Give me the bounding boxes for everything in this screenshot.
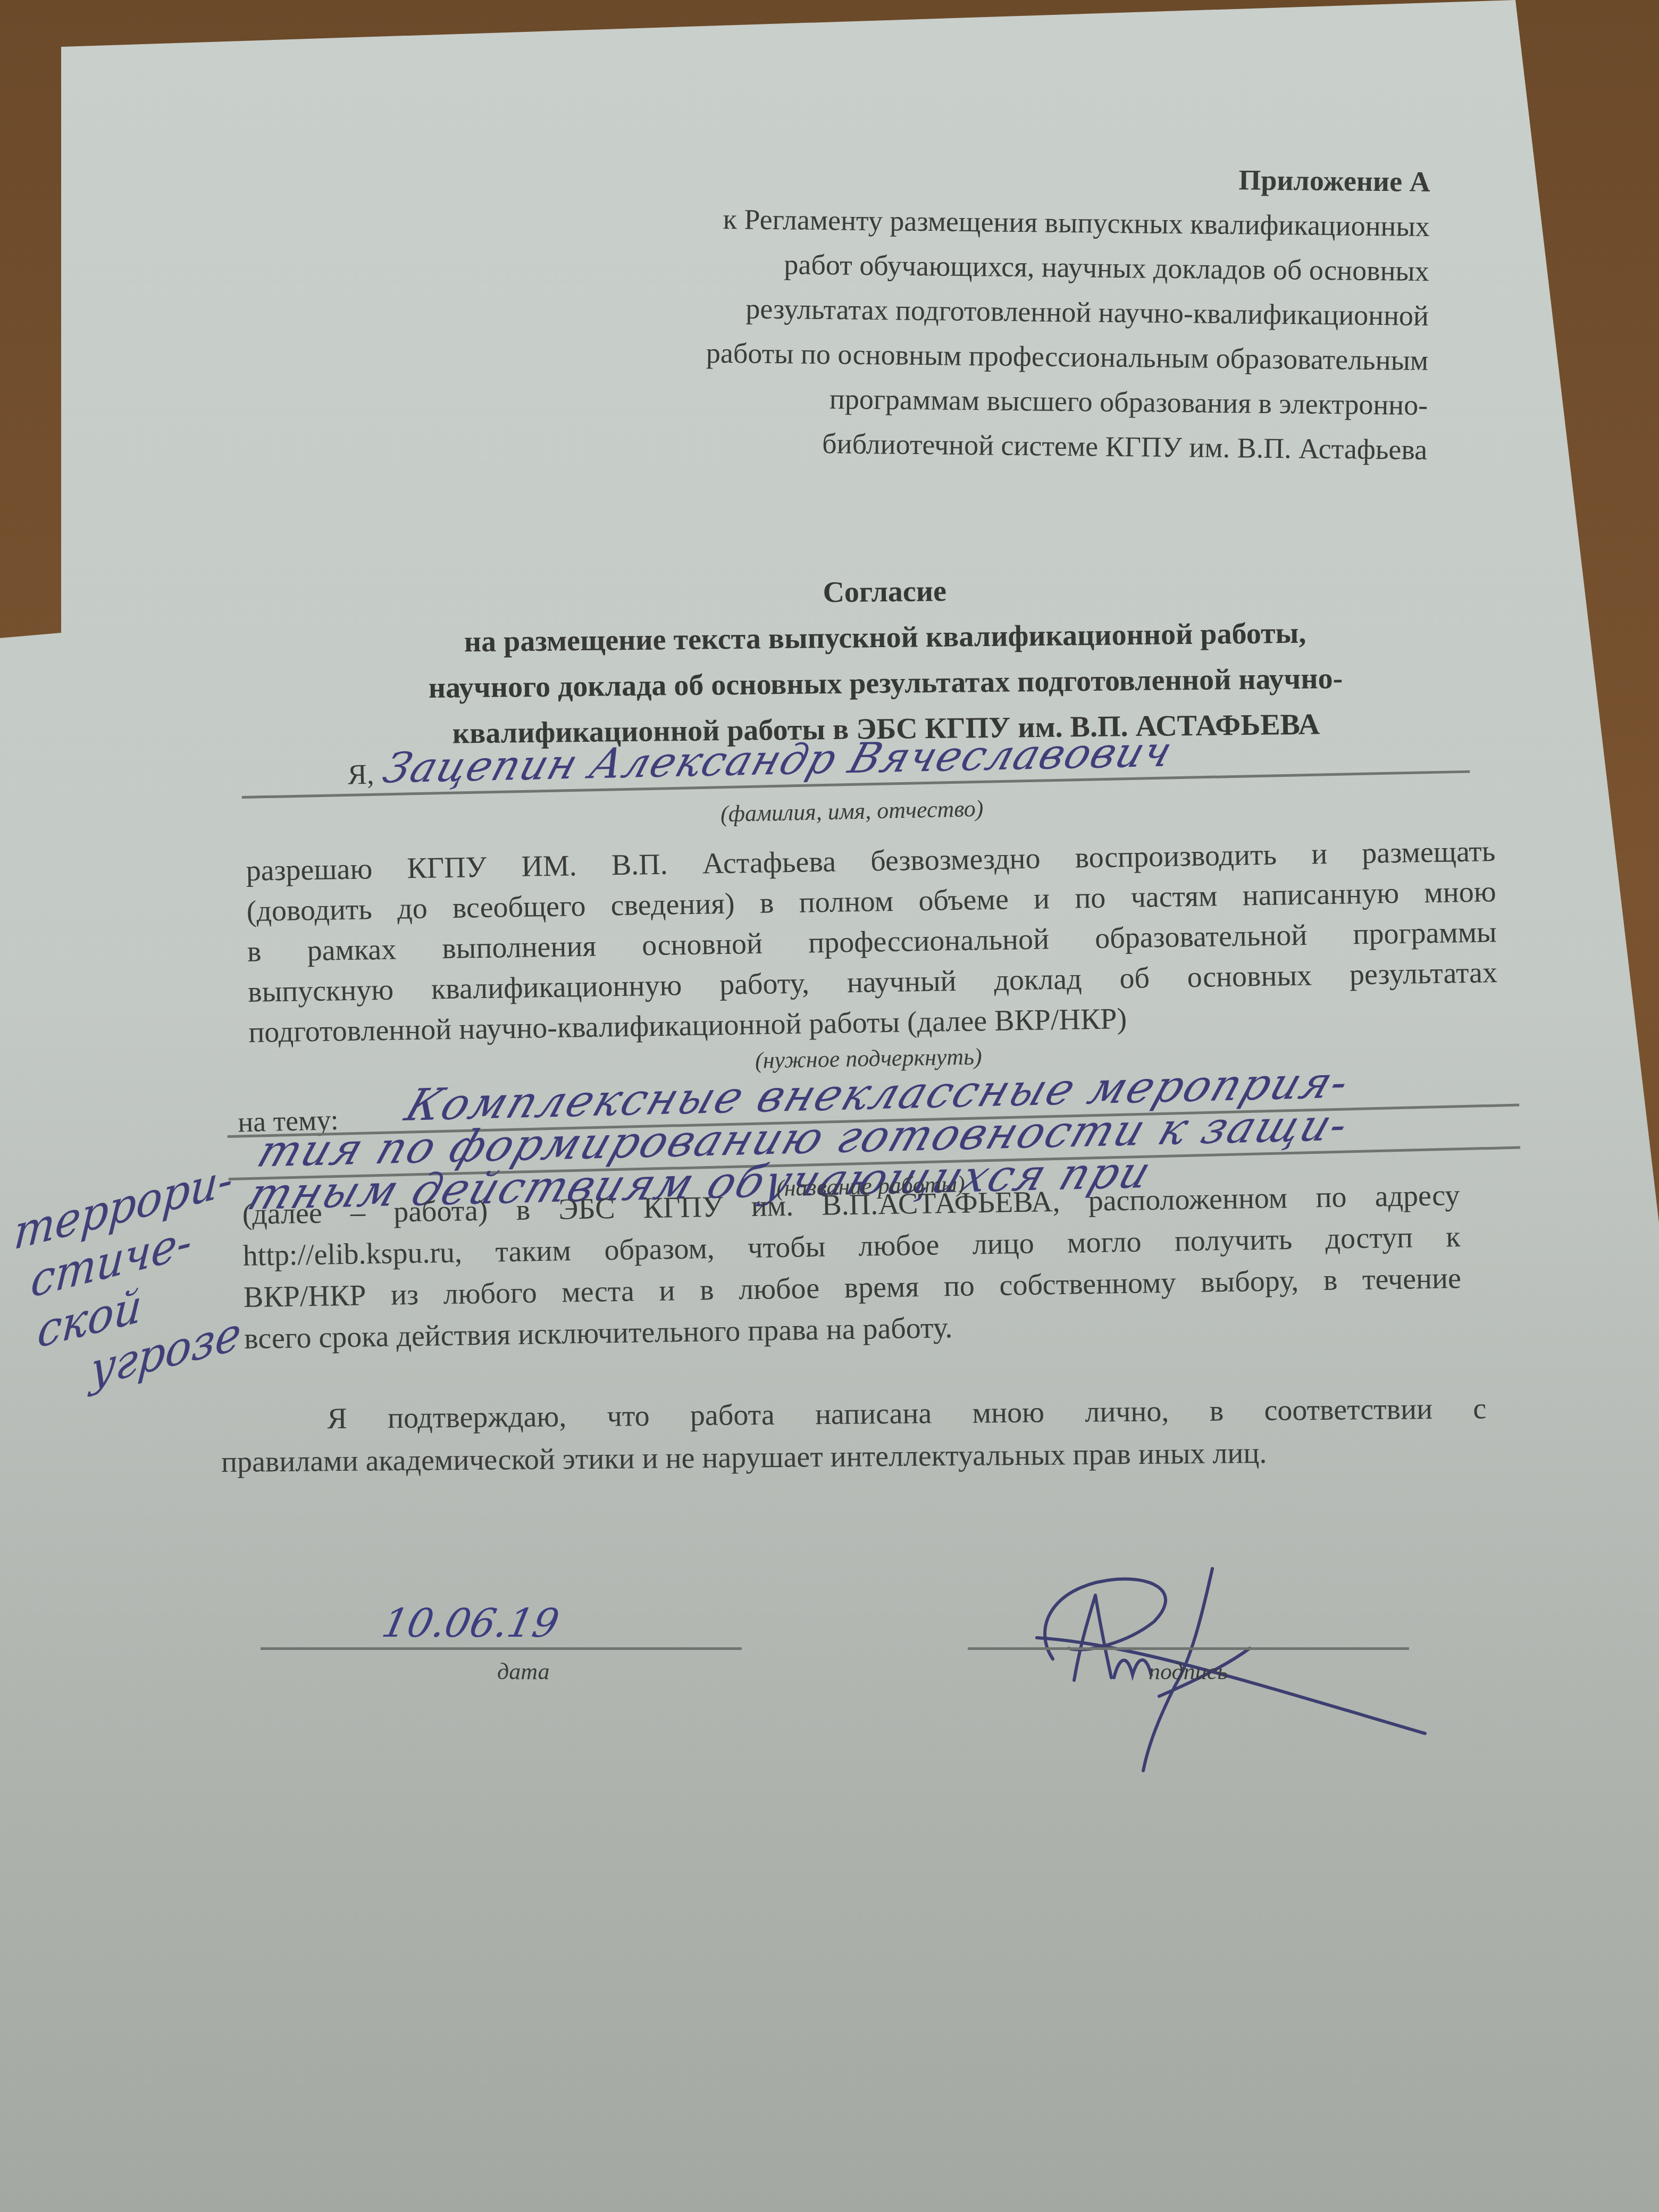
date-caption: дата	[497, 1658, 550, 1685]
signature-scribble-icon	[1021, 1563, 1436, 1776]
date-field[interactable]	[261, 1647, 742, 1650]
signature-section: 10.06.19 дата подпись	[0, 0, 1659, 2212]
date-handwritten-value: 10.06.19	[378, 1601, 563, 1646]
signature-caption: подпись	[1149, 1658, 1228, 1685]
signature-field[interactable]	[968, 1647, 1409, 1650]
